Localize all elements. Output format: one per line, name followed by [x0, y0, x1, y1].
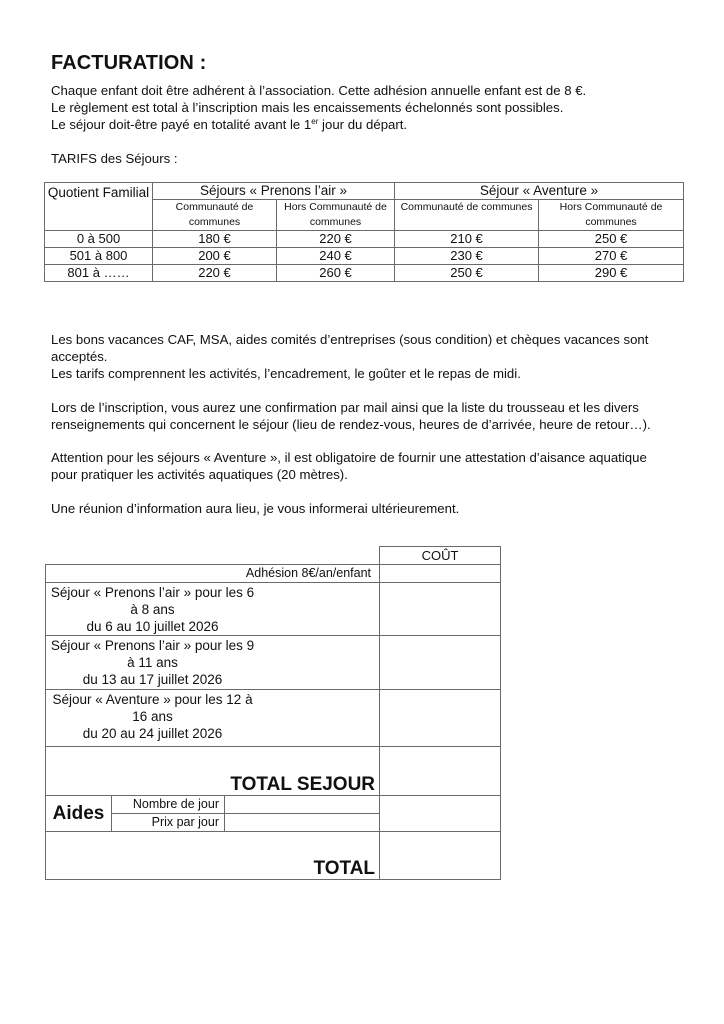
nombre-jour-label: Nombre de jour — [112, 796, 225, 814]
table-row: 0 à 500 180 € 220 € 210 € 250 € — [45, 231, 684, 248]
header-prenons-lair: Séjours « Prenons l’air » — [153, 183, 395, 200]
page-title: FACTURATION : — [51, 52, 206, 75]
sejour-3-title: Séjour « Aventure » pour les 12 à 16 ans — [46, 691, 259, 725]
aides-label: Aides — [46, 796, 112, 832]
subheader-hors-communaute: Hors Communauté de communes — [539, 200, 684, 231]
info-p1-line3: Les tarifs comprennent les activités, l’… — [51, 365, 521, 382]
cell-price: 220 € — [153, 265, 277, 282]
sejour-row-2: Séjour « Prenons l’air » pour les 9 à 11… — [46, 636, 380, 690]
total-field[interactable] — [380, 832, 501, 880]
sejour-row-1: Séjour « Prenons l’air » pour les 6 à 8 … — [46, 583, 380, 636]
intro-line-3-a: Le séjour doit-être payé en totalité ava… — [51, 117, 311, 132]
intro-line-3: Le séjour doit-être payé en totalité ava… — [51, 116, 407, 133]
info-p1-line1: Les bons vacances CAF, MSA, aides comité… — [51, 331, 648, 348]
empty-corner — [46, 547, 380, 565]
info-p3-line1: Attention pour les séjours « Aventure »,… — [51, 449, 647, 466]
cell-price: 260 € — [277, 265, 395, 282]
nombre-jour-field[interactable] — [225, 796, 380, 814]
adhesion-cost-field[interactable] — [380, 565, 501, 583]
prix-jour-label: Prix par jour — [112, 814, 225, 832]
cell-qf: 801 à …… — [45, 265, 153, 282]
sejour-1-title: Séjour « Prenons l’air » pour les 6 à 8 … — [46, 584, 259, 618]
cell-price: 240 € — [277, 248, 395, 265]
info-p1-line2: acceptés. — [51, 348, 107, 365]
total-label: TOTAL — [46, 832, 380, 880]
sejour-2-title: Séjour « Prenons l’air » pour les 9 à 11… — [46, 637, 259, 671]
prix-jour-field[interactable] — [225, 814, 380, 832]
sejour-1-dates: du 6 au 10 juillet 2026 — [46, 618, 259, 635]
subheader-hors-communaute: Hors Communauté de communes — [277, 200, 395, 231]
info-p2-line2: renseignements qui concernent le séjour … — [51, 416, 651, 433]
table-row: 501 à 800 200 € 240 € 230 € 270 € — [45, 248, 684, 265]
cell-price: 270 € — [539, 248, 684, 265]
sejour-row-3: Séjour « Aventure » pour les 12 à 16 ans… — [46, 690, 380, 747]
header-aventure: Séjour « Aventure » — [395, 183, 684, 200]
cell-price: 250 € — [539, 231, 684, 248]
total-sejour-label: TOTAL SEJOUR — [46, 747, 380, 796]
aides-cost-field[interactable] — [380, 796, 501, 832]
cell-price: 290 € — [539, 265, 684, 282]
intro-line-3-b: jour du départ. — [318, 117, 407, 132]
cell-qf: 0 à 500 — [45, 231, 153, 248]
info-p4-line1: Une réunion d’information aura lieu, je … — [51, 500, 459, 517]
cell-price: 180 € — [153, 231, 277, 248]
cost-header: COÛT — [380, 547, 501, 565]
cell-price: 210 € — [395, 231, 539, 248]
cost-table: COÛT Adhésion 8€/an/enfant Séjour « Pren… — [45, 546, 501, 880]
sejour-3-dates: du 20 au 24 juillet 2026 — [46, 725, 259, 742]
subheader-communaute: Communauté de communes — [395, 200, 539, 231]
tarifs-table: Quotient Familial Séjours « Prenons l’ai… — [44, 182, 684, 282]
intro-line-2: Le règlement est total à l’inscription m… — [51, 99, 563, 116]
cell-qf: 501 à 800 — [45, 248, 153, 265]
sejour-3-cost-field[interactable] — [380, 690, 501, 747]
cell-price: 230 € — [395, 248, 539, 265]
sejour-1-cost-field[interactable] — [380, 583, 501, 636]
subheader-communaute: Communauté de communes — [153, 200, 277, 231]
info-p3-line2: pour pratiquer les activités aquatiques … — [51, 466, 348, 483]
cell-price: 250 € — [395, 265, 539, 282]
table-row: 801 à …… 220 € 260 € 250 € 290 € — [45, 265, 684, 282]
sejour-2-cost-field[interactable] — [380, 636, 501, 690]
intro-line-1: Chaque enfant doit être adhérent à l’ass… — [51, 82, 586, 99]
sejour-2-dates: du 13 au 17 juillet 2026 — [46, 671, 259, 688]
cell-price: 220 € — [277, 231, 395, 248]
adhesion-label: Adhésion 8€/an/enfant — [46, 565, 380, 583]
cell-price: 200 € — [153, 248, 277, 265]
tarifs-heading: TARIFS des Séjours : — [51, 150, 178, 167]
header-quotient-familial: Quotient Familial — [45, 183, 153, 231]
info-p2-line1: Lors de l’inscription, vous aurez une co… — [51, 399, 639, 416]
total-sejour-field[interactable] — [380, 747, 501, 796]
